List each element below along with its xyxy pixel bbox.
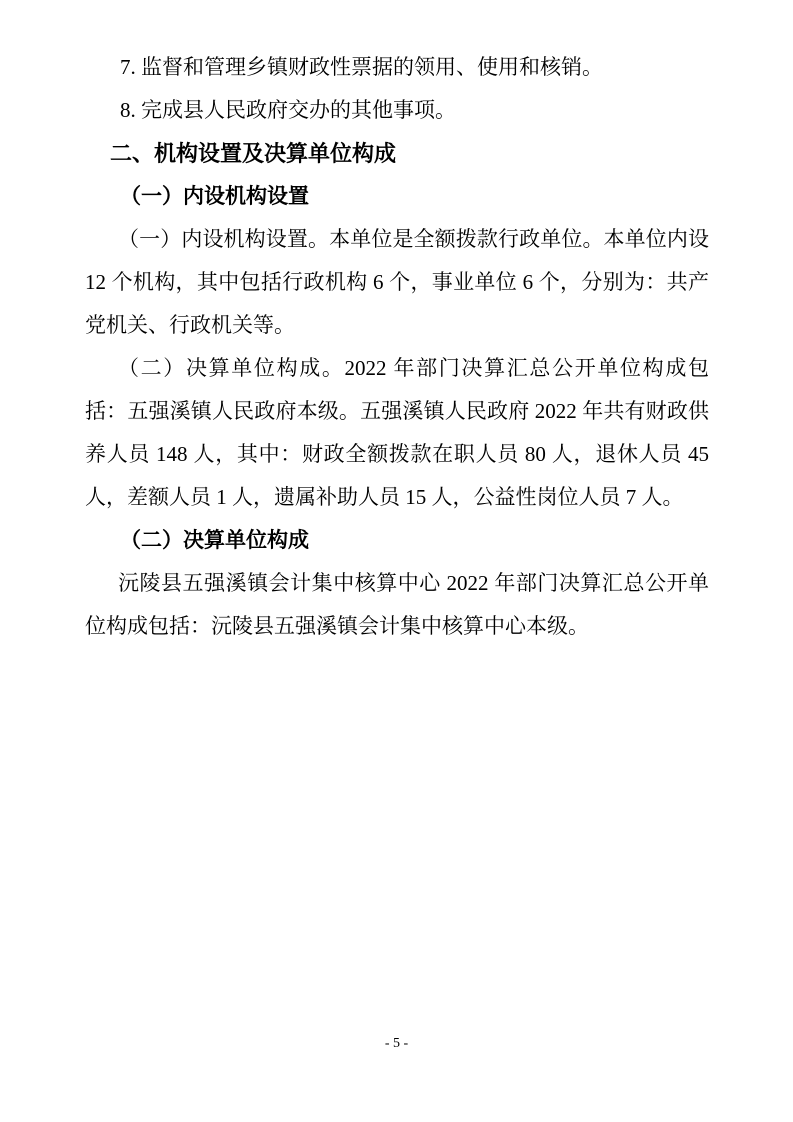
document-content: 7. 监督和管理乡镇财政性票据的领用、使用和核销。 8. 完成县人民政府交办的其… xyxy=(85,46,709,648)
list-item-8: 8. 完成县人民政府交办的其他事项。 xyxy=(85,89,709,132)
page-number: - 5 - xyxy=(0,1034,793,1054)
list-item-7: 7. 监督和管理乡镇财政性票据的领用、使用和核销。 xyxy=(85,46,709,89)
paragraph-internal-orgs: （一）内设机构设置。本单位是全额拨款行政单位。本单位内设 12 个机构，其中包括… xyxy=(85,218,709,347)
subsection-heading-final-accounts-units: （二）决算单位构成 xyxy=(85,519,709,562)
paragraph-accounting-center: 沅陵县五强溪镇会计集中核算中心 2022 年部门决算汇总公开单位构成包括：沅陵县… xyxy=(85,562,709,648)
section-heading-org-setup: 二、机构设置及决算单位构成 xyxy=(85,132,709,175)
paragraph-unit-composition: （二）决算单位构成。2022 年部门决算汇总公开单位构成包括：五强溪镇人民政府本… xyxy=(85,347,709,519)
document-page: 7. 监督和管理乡镇财政性票据的领用、使用和核销。 8. 完成县人民政府交办的其… xyxy=(0,0,793,1122)
subsection-heading-internal-orgs: （一）内设机构设置 xyxy=(85,175,709,218)
